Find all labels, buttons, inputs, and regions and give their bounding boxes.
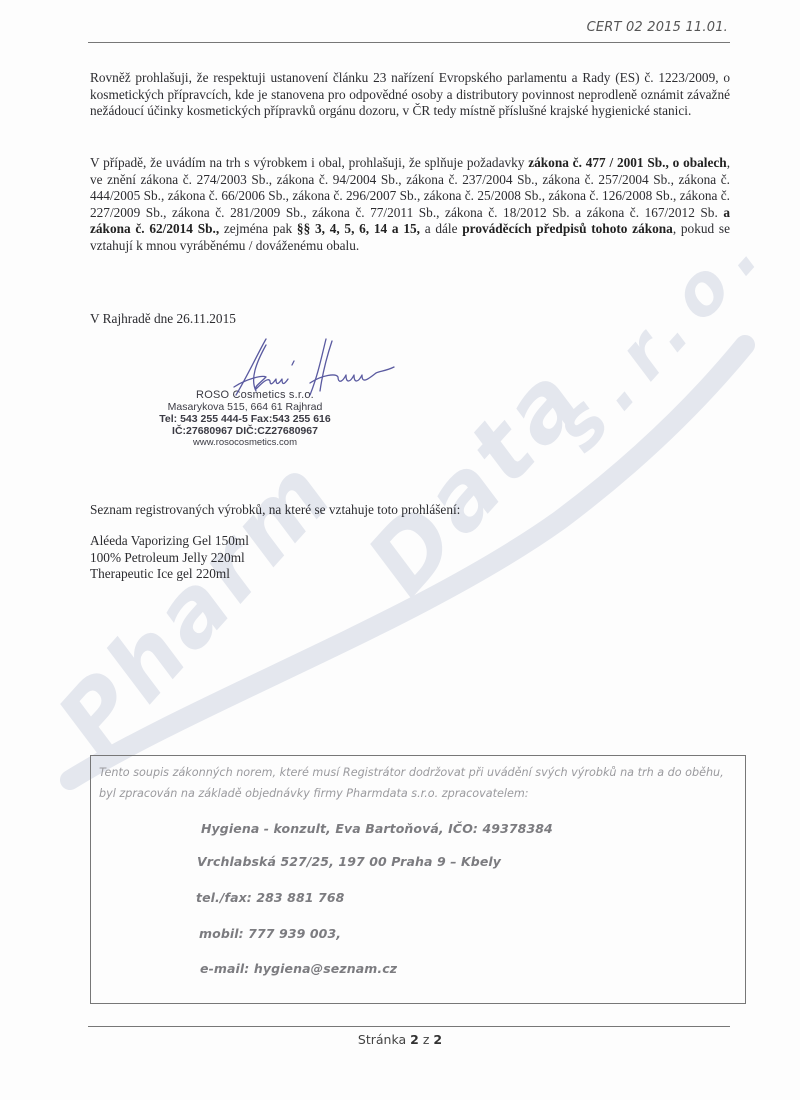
processor-email: e-mail: hygiena@seznam.cz	[200, 961, 397, 976]
notice-intro: Tento soupis zákonných norem, které musí…	[99, 762, 739, 804]
paragraph-cosmetics-regulation: Rovněž prohlašuji, že respektuji ustanov…	[90, 70, 730, 120]
processor-mobile: mobil: 777 939 003,	[199, 926, 341, 941]
header-divider	[88, 42, 730, 43]
total-pages: 2	[433, 1032, 442, 1047]
processor-notice-box: Tento soupis zákonných norem, které musí…	[90, 755, 746, 1004]
products-list-title: Seznam registrovaných výrobků, na které …	[90, 502, 730, 519]
stamp-ids: IČ:27680967 DIČ:CZ27680967	[125, 425, 365, 437]
page-label: Stránka	[358, 1032, 406, 1047]
products-list: Aléeda Vaporizing Gel 150ml 100% Petrole…	[90, 533, 730, 583]
text-segment: V případě, že uvádím na trh s výrobkem i…	[90, 155, 528, 170]
text-segment: a dále	[420, 221, 462, 236]
footer-divider	[88, 1026, 730, 1027]
date-place-line: V Rajhradě dne 26.11.2015	[90, 311, 730, 328]
page-number: Stránka 2 z 2	[0, 1032, 800, 1047]
bold-law-reference: zákona č. 477 / 2001 Sb., o obalech	[528, 155, 726, 170]
processor-phone: tel./fax: 283 881 768	[196, 890, 344, 905]
stamp-website: www.rosocosmetics.com	[125, 437, 365, 448]
watermark-text: Pharm	[37, 438, 355, 774]
current-page: 2	[410, 1032, 419, 1047]
paragraph-packaging-law: V případě, že uvádím na trh s výrobkem i…	[90, 155, 730, 255]
page-separator: z	[423, 1032, 430, 1047]
processor-name: Hygiena - konzult, Eva Bartoňová, IČO: 4…	[201, 821, 553, 836]
document-page: Pharm Data s.r.o. CERT 02 2015 11.01. Ro…	[0, 0, 800, 1100]
document-code: CERT 02 2015 11.01.	[587, 20, 728, 35]
handwritten-signature	[226, 335, 406, 405]
stamp-phone: Tel: 543 255 444-5 Fax:543 255 616	[125, 413, 365, 425]
text-segment: zejména pak	[219, 221, 297, 236]
processor-address: Vrchlabská 527/25, 197 00 Praha 9 – Kbel…	[197, 854, 501, 869]
bold-regulations: prováděcích předpisů tohoto zákona	[462, 221, 673, 236]
product-item: Therapeutic Ice gel 220ml	[90, 566, 730, 583]
bold-sections: §§ 3, 4, 5, 6, 14 a 15,	[297, 221, 420, 236]
product-item: Aléeda Vaporizing Gel 150ml	[90, 533, 730, 550]
product-item: 100% Petroleum Jelly 220ml	[90, 550, 730, 567]
